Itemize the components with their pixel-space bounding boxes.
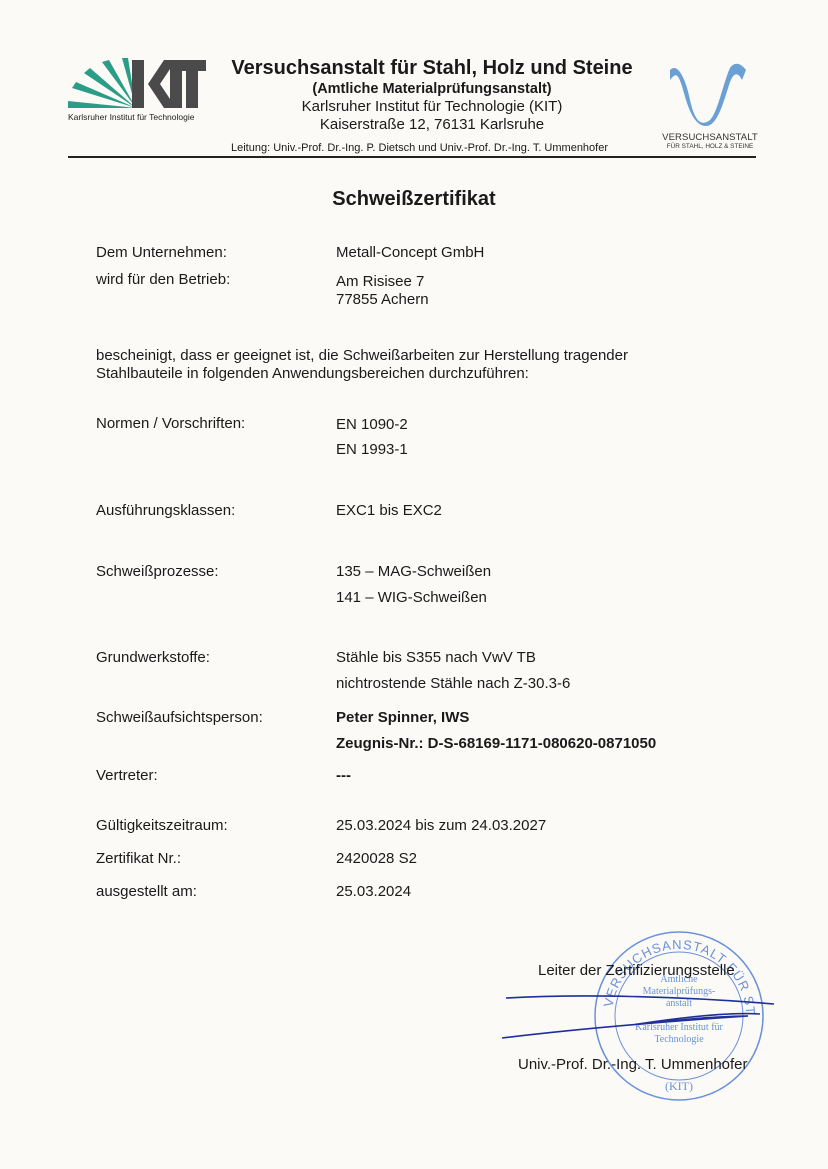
site-line: 77855 Achern bbox=[336, 291, 429, 308]
site-label: wird für den Betrieb: bbox=[96, 271, 230, 288]
exec-classes-value: EXC1 bis EXC2 bbox=[336, 502, 442, 519]
materials-value: Stähle bis S355 nach VwV TB bbox=[336, 649, 536, 666]
processes-value: 141 – WIG-Schweißen bbox=[336, 589, 487, 606]
deputy-value: --- bbox=[336, 767, 351, 784]
signatory-title: Leiter der Zertifizierungsstelle bbox=[538, 962, 735, 979]
signatory-name: Univ.-Prof. Dr.-Ing. T. Ummenhofer bbox=[518, 1056, 748, 1073]
supervisor-label: Schweißaufsichtsperson: bbox=[96, 709, 263, 726]
header-divider bbox=[68, 156, 756, 158]
supervisor-value: Peter Spinner, IWS bbox=[336, 709, 469, 726]
company-value: Metall-Concept GmbH bbox=[336, 244, 484, 261]
norms-label: Normen / Vorschriften: bbox=[96, 415, 245, 432]
handwritten-signature-icon bbox=[498, 990, 778, 1050]
vsh-wave-logo-icon bbox=[668, 60, 748, 128]
validity-value: 25.03.2024 bis zum 24.03.2027 bbox=[336, 817, 546, 834]
intro-text: Stahlbauteile in folgenden Anwendungsber… bbox=[96, 365, 529, 382]
company-label: Dem Unternehmen: bbox=[96, 244, 227, 261]
site-line: Am Risisee 7 bbox=[336, 273, 424, 290]
exec-classes-label: Ausführungsklassen: bbox=[96, 502, 235, 519]
norms-value: EN 1090-2 bbox=[336, 416, 408, 433]
certificate-no-label: Zertifikat Nr.: bbox=[96, 850, 181, 867]
vsh-logo-line2: FÜR STAHL, HOLZ & STEINE bbox=[660, 143, 760, 150]
certificate-no-value: 2420028 S2 bbox=[336, 850, 417, 867]
processes-value: 135 – MAG-Schweißen bbox=[336, 563, 491, 580]
processes-label: Schweißprozesse: bbox=[96, 563, 219, 580]
deputy-label: Vertreter: bbox=[96, 767, 158, 784]
issued-label: ausgestellt am: bbox=[96, 883, 197, 900]
materials-value: nichtrostende Stähle nach Z-30.3-6 bbox=[336, 675, 570, 692]
institution-subtitle: (Amtliche Materialprüfungsanstalt) bbox=[222, 81, 642, 97]
svg-text:(KIT): (KIT) bbox=[665, 1079, 693, 1093]
materials-label: Grundwerkstoffe: bbox=[96, 649, 210, 666]
kit-subtitle: Karlsruher Institut für Technologie bbox=[68, 112, 194, 122]
intro-text: bescheinigt, dass er geeignet ist, die S… bbox=[96, 347, 628, 364]
document-title: Schweißzertifikat bbox=[0, 188, 828, 211]
norms-value: EN 1993-1 bbox=[336, 441, 408, 458]
institution-address: Kaiserstraße 12, 76131 Karlsruhe bbox=[222, 116, 642, 133]
validity-label: Gültigkeitszeitraum: bbox=[96, 817, 228, 834]
supervisor-certificate: Zeugnis-Nr.: D-S-68169-1171-080620-08710… bbox=[336, 735, 656, 752]
vsh-logo-line1: VERSUCHSANSTALT bbox=[660, 132, 760, 143]
institution-name: Karlsruher Institut für Technologie (KIT… bbox=[222, 98, 642, 115]
issued-value: 25.03.2024 bbox=[336, 883, 411, 900]
institution-title: Versuchsanstalt für Stahl, Holz und Stei… bbox=[222, 57, 642, 80]
institution-leadership: Leitung: Univ.-Prof. Dr.-Ing. P. Dietsch… bbox=[231, 142, 608, 154]
